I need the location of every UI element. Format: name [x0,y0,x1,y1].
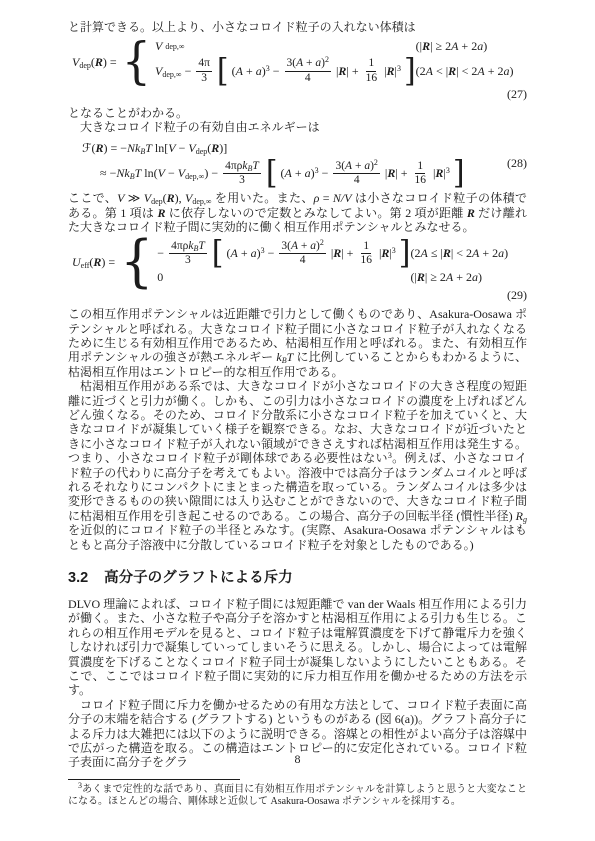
right-bracket: ] [453,159,465,187]
paragraph-after-eq27: となることがわかる。 [68,106,527,120]
equation-29: Ueff(R) = { − 4πρkBT3 [ (A + a)3 − 3(A +… [68,239,527,303]
equation-28: ℱ(R) = −NkBT ln[V − Vdep(R)] ≈ −NkBT ln(… [68,141,527,187]
fraction-4pirho-3: 4πρkBT3 [169,240,207,267]
section-title: 高分子のグラフトによる斥力 [104,566,293,587]
paragraph-free-energy-lead: 大きなコロイド粒子の有効自由エネルギーは [68,120,527,134]
left-bracket: [ [217,57,229,85]
eq27-case2: Vdep,∞ − 4π3 [ (A + a)3 − 3(A + a)24 |R|… [155,57,416,84]
equation-27: Vdep(R) = { Vdep,∞ (|R| ≥ 2A + 2a) Vdep,… [68,39,527,101]
page-number: 8 [0,752,595,767]
eq27-lhs: Vdep(R) = [72,55,117,70]
eq28-number: (28) [507,156,527,171]
footnote-3: 3あくまで定性的な話であり、真面目に有効相互作用ポテンシャルを計算しようと思うと… [68,784,527,809]
section-heading: 3.2 高分子のグラフトによる斥力 [68,566,527,587]
section-number: 3.2 [68,570,88,586]
cases-brace: { [120,237,153,288]
eq29-condition-1: (2A ≤ |R| < 2A + 2a) [411,246,571,261]
fraction-4pi-3: 4π3 [196,57,212,84]
left-bracket: [ [212,240,224,268]
footnote-rule [68,779,240,780]
cases-brace: { [122,40,151,85]
eq28-line1: ℱ(R) = −NkBT ln[V − Vdep(R)] [82,141,507,156]
paragraph-dlvo: DLVO 理論によれば、コロイド粒子間には短距離で van der Waals … [68,597,527,698]
fraction-4pirho-3: 4πρkBT3 [223,160,261,187]
right-bracket: ] [399,240,411,268]
eq29-case1: − 4πρkBT3 [ (A + a)3 − 3(A + a)24 |R| + … [157,240,410,267]
paragraph-depletion-systems: 枯渇相互作用がある系では、大きなコロイドが小さなコロイドの大きさ程度の短距離に近… [68,379,527,552]
paragraph-asakura-oosawa: この相互作用ポテンシャルは近距離で引力として働くものであり、Asakura-Oo… [68,307,527,379]
eq27-case1: Vdep,∞ [155,39,185,54]
eq28-line2: ≈ −NkBT ln(V − Vdep,∞) − 4πρkBT3 [ (A + … [100,160,507,187]
eq27-condition-1: (|R| ≥ 2A + 2a) [416,39,576,54]
right-bracket: ] [404,57,416,85]
document-page: と計算できる。以上より、小さなコロイド粒子の入れない体積は Vdep(R) = … [0,0,595,841]
paragraph-eq28-explanation: ここで、V ≫ Vdep(R), Vdep,∞ を用いた。また、ρ = N/V … [68,191,527,234]
left-bracket: [ [266,159,278,187]
eq29-lhs: Ueff(R) = [72,255,115,270]
eq29-condition-2: (|R| ≥ 2A + 2a) [411,270,571,285]
footnote-area: 3あくまで定性的な話であり、真面目に有効相互作用ポテンシャルを計算しようと思うと… [68,779,527,809]
eq27-condition-2: (2A < |R| < 2A + 2a) [416,64,576,79]
eq29-case2: 0 [157,270,163,285]
